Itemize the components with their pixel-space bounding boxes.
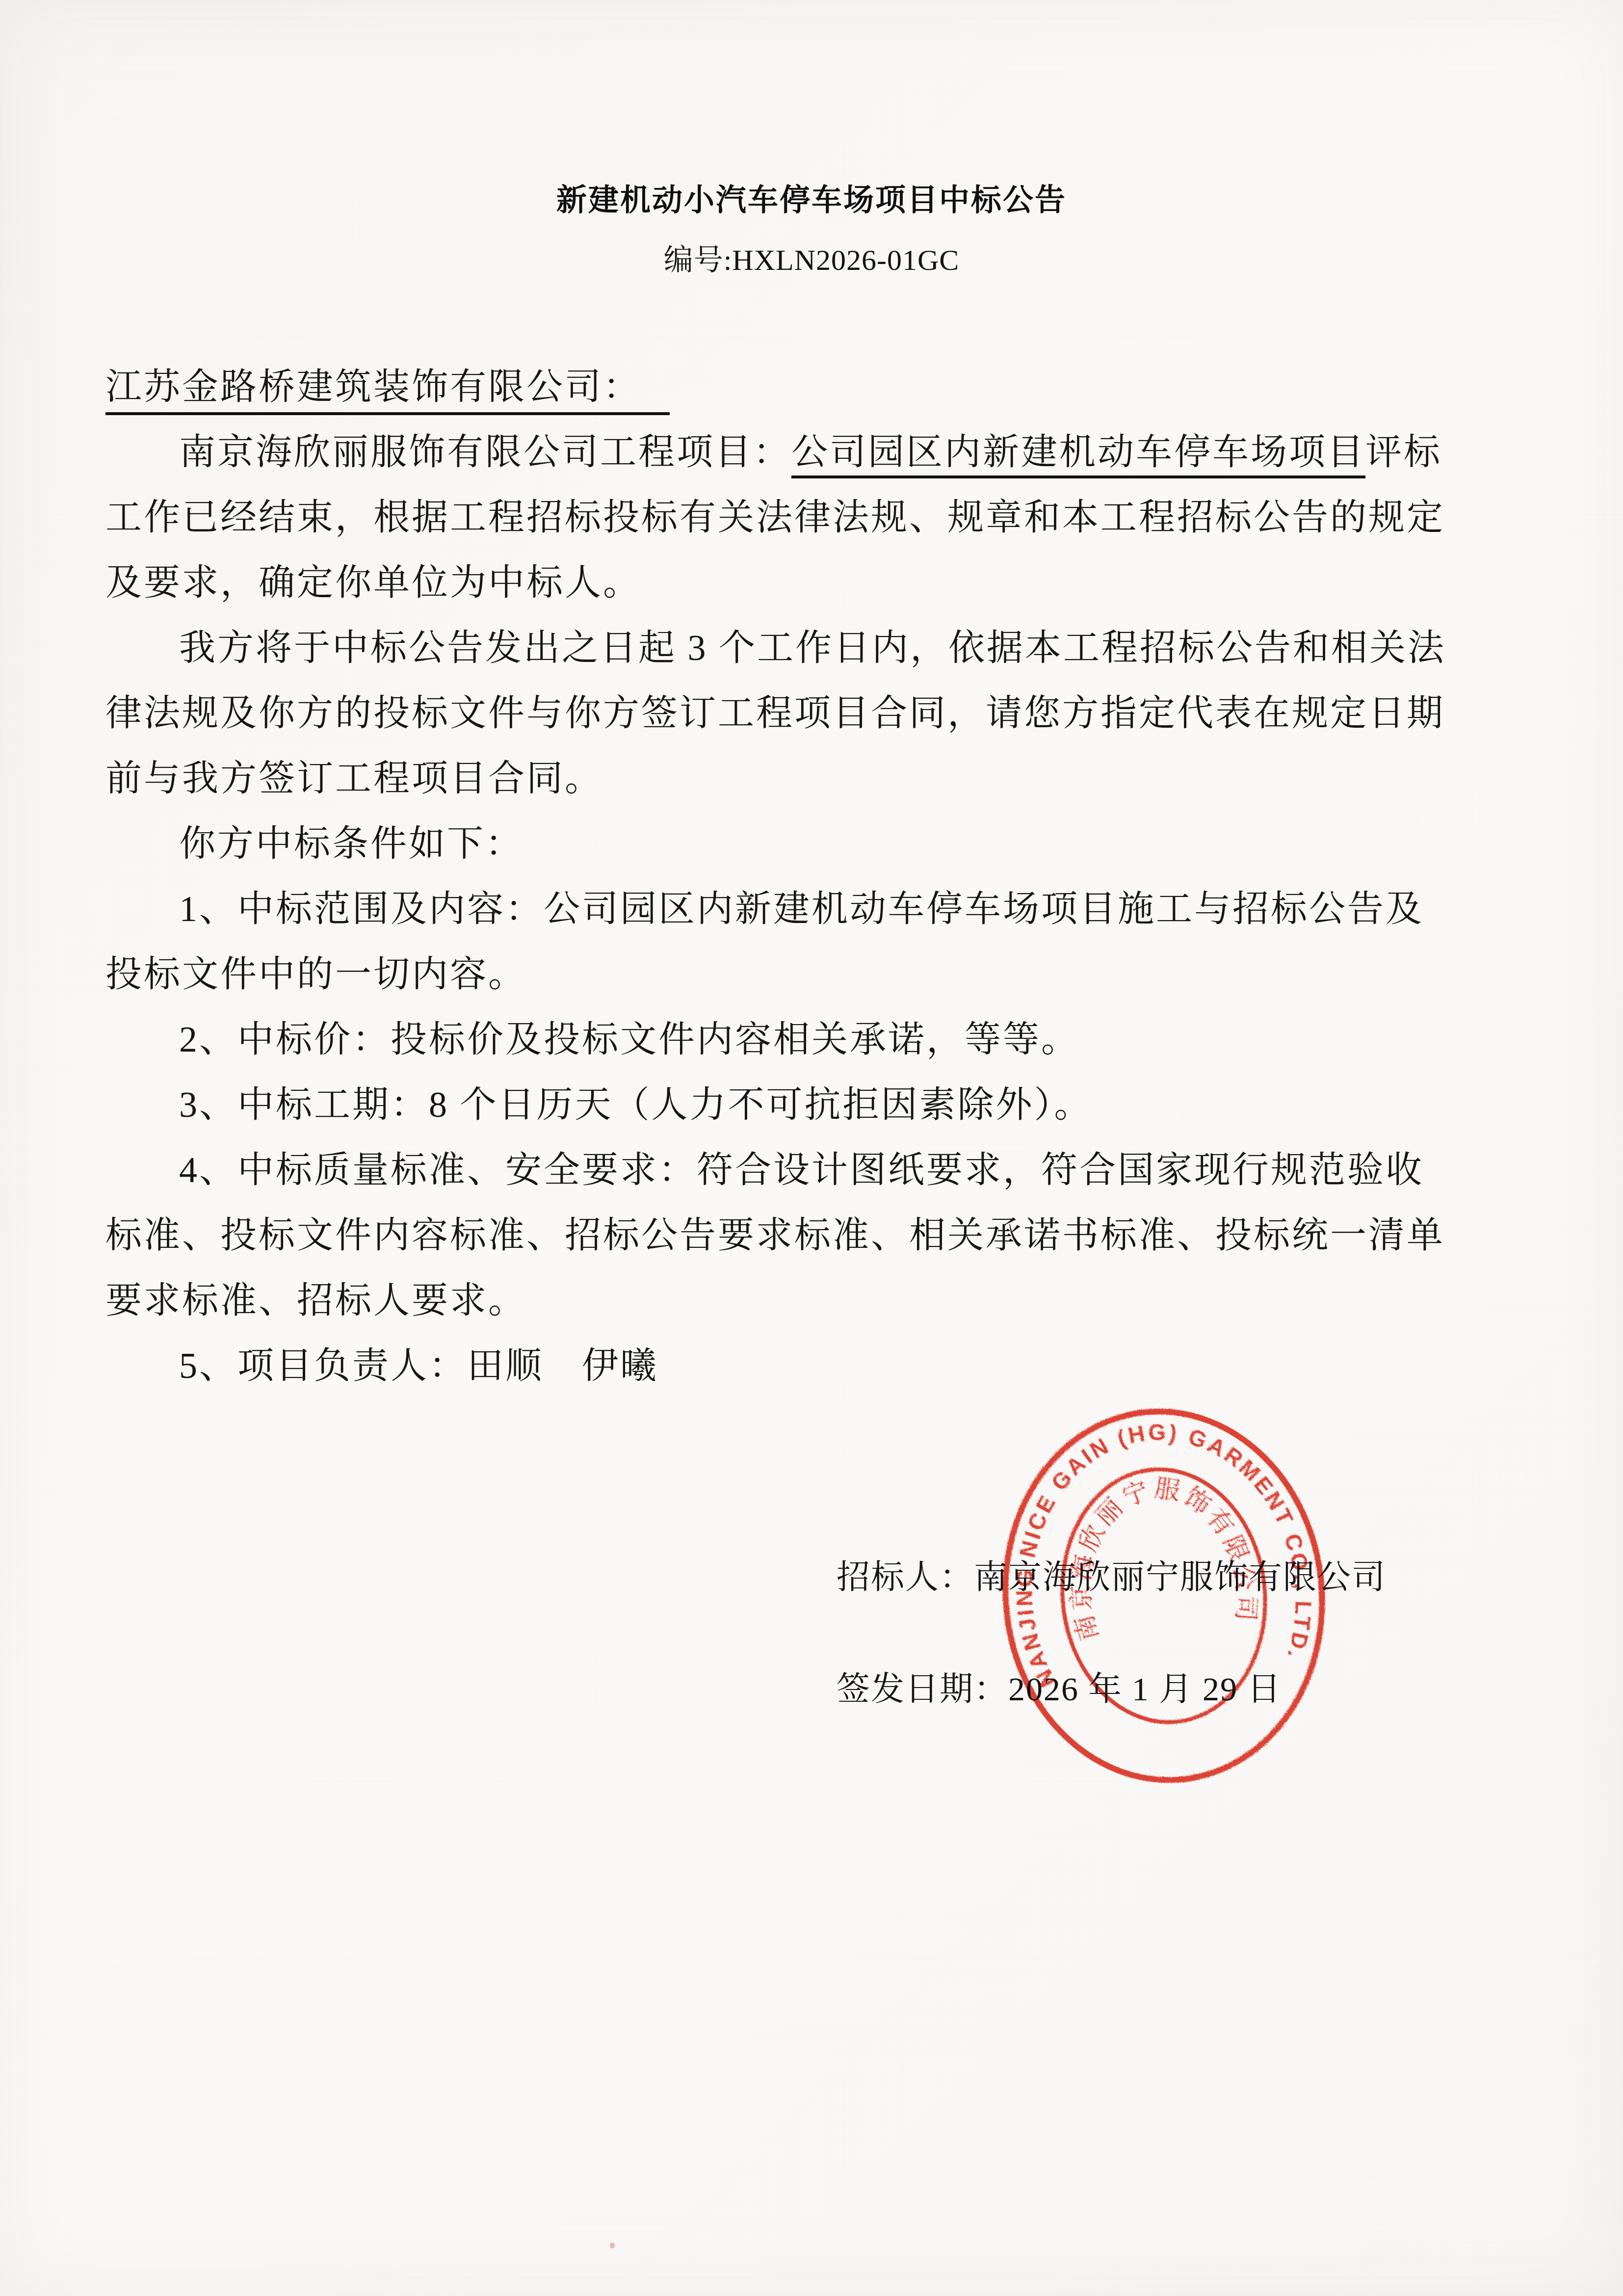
body-line-item-3: 3、中标工期：8 个日历天（人力不可抗拒因素除外）。 [105,1073,1465,1138]
doc-body: 江苏金路桥建筑装饰有限公司： 南京海欣丽服饰有限公司工程项目：公司园区内新建机动… [105,355,1465,1399]
body-line: 你方中标条件如下： [105,812,1465,877]
doc-number: 编号:HXLN2026-01GC [0,237,1623,279]
project-name-underlined: 公司园区内新建机动车停车场项目 [791,432,1365,478]
body-line: 工作已经结束，根据工程招标投标有关法律法规、规章和本工程招标公告的规定 [105,485,1465,551]
body-line: 投标文件中的一切内容。 [105,942,1465,1007]
body-line: 标准、投标文件内容标准、招标公告要求标准、相关承诺书标准、投标统一清单 [105,1203,1465,1268]
body-line: 及要求，确定你单位为中标人。 [105,551,1465,616]
body-line-item-1: 1、中标范围及内容：公司园区内新建机动车停车场项目施工与招标公告及 [105,877,1465,942]
recipient-name: 江苏金路桥建筑装饰有限公司： [105,365,670,415]
body-line: 律法规及你方的投标文件与你方签订工程项目合同，请您方指定代表在规定日期 [105,681,1465,746]
recipient-line: 江苏金路桥建筑装饰有限公司： [105,355,1465,420]
stamp-outer-ring [1001,1406,1327,1786]
body-line-item-5: 5、项目负责人：田顺 伊曦 [105,1334,1465,1399]
body-line-item-4: 4、中标质量标准、安全要求：符合设计图纸要求，符合国家现行规范验收 [105,1138,1465,1203]
body-line: 要求标准、招标人要求。 [105,1268,1465,1334]
paragraph-text: 评标 [1365,432,1442,473]
stamp-company-name-text: 南京海欣丽宁服饰有限公司 [1055,1465,1263,1644]
body-line-item-2: 2、中标价：投标价及投标文件内容相关承诺，等等。 [105,1007,1465,1073]
scan-speck [610,2243,615,2248]
document-page: 新建机动小汽车停车场项目中标公告 编号:HXLN2026-01GC 江苏金路桥建… [0,0,1623,2296]
company-stamp: NANJING NICE GAIN (HG) GARMENT CO., LTD.… [1001,1406,1327,1786]
body-line: 前与我方签订工程项目合同。 [105,746,1465,812]
paragraph-text: 南京海欣丽服饰有限公司工程项目： [179,432,791,473]
body-line: 我方将于中标公告发出之日起 3 个工作日内，依据本工程招标公告和相关法 [105,616,1465,681]
doc-title: 新建机动小汽车停车场项目中标公告 [0,176,1623,219]
body-line: 南京海欣丽服饰有限公司工程项目：公司园区内新建机动车停车场项目评标 [105,420,1465,485]
stamp-ring-text: NANJING NICE GAIN (HG) GARMENT CO., LTD. [1001,1406,1324,1694]
